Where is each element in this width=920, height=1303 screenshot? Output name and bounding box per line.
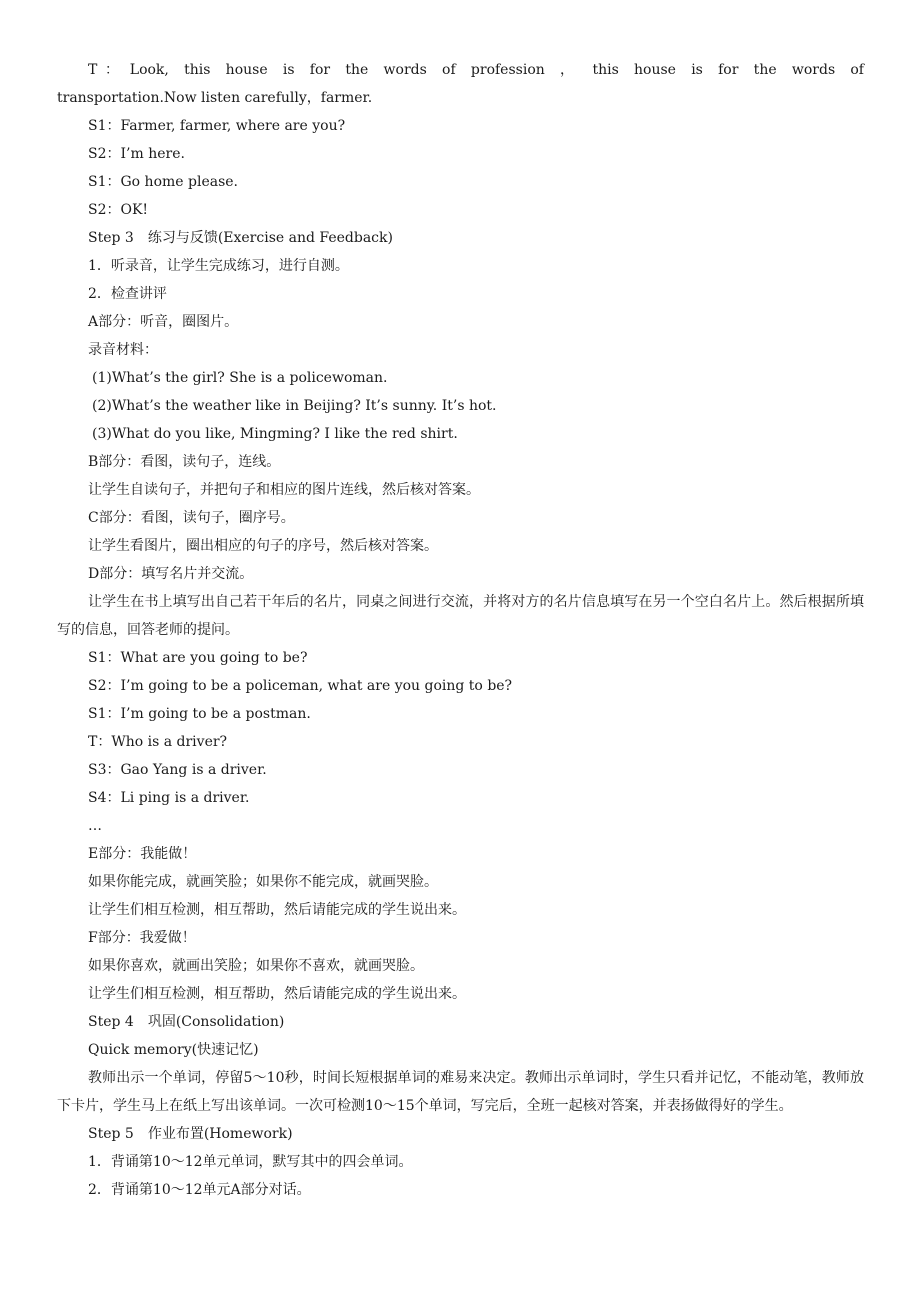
- dialogue-line: T：Who is a driver?: [57, 728, 864, 756]
- instruction-text: 如果你能完成，就画笑脸；如果你不能完成，就画哭脸。: [57, 868, 864, 896]
- instruction-text: 教师出示一个单词，停留5～10秒，时间长短根据单词的难易来决定。教师出示单词时，…: [57, 1064, 864, 1120]
- list-item: 1．背诵第10～12单元单词，默写其中的四会单词。: [57, 1148, 864, 1176]
- recording-material-label: 录音材料：: [57, 336, 864, 364]
- section-a-heading: A部分：听音，圈图片。: [57, 308, 864, 336]
- recording-item: (3)What do you like, Mingming? I like th…: [57, 420, 864, 448]
- quick-memory-label: Quick memory(快速记忆): [57, 1036, 864, 1064]
- dialogue-line: S3：Gao Yang is a driver.: [57, 756, 864, 784]
- instruction-text: 让学生看图片，圈出相应的句子的序号，然后核对答案。: [57, 532, 864, 560]
- section-e-heading: E部分：我能做！: [57, 840, 864, 868]
- section-c-heading: C部分：看图，读句子，圈序号。: [57, 504, 864, 532]
- instruction-text: 让学生们相互检测，相互帮助，然后请能完成的学生说出来。: [57, 980, 864, 1008]
- list-item: 2．检查讲评: [57, 280, 864, 308]
- instruction-text: 让学生在书上填写出自己若干年后的名片，同桌之间进行交流，并将对方的名片信息填写在…: [57, 588, 864, 644]
- recording-item: (2)What’s the weather like in Beijing? I…: [57, 392, 864, 420]
- dialogue-line: S1：Farmer, farmer, where are you?: [57, 112, 864, 140]
- recording-item: (1)What’s the girl? She is a policewoman…: [57, 364, 864, 392]
- dialogue-line: S2：I’m here.: [57, 140, 864, 168]
- list-item: 2．背诵第10～12单元A部分对话。: [57, 1176, 864, 1204]
- dialogue-line: S1：What are you going to be?: [57, 644, 864, 672]
- dialogue-line: S2：I’m going to be a policeman, what are…: [57, 672, 864, 700]
- list-item: 1．听录音，让学生完成练习，进行自测。: [57, 252, 864, 280]
- dialogue-line: S4：Li ping is a driver.: [57, 784, 864, 812]
- dialogue-line: S1：Go home please.: [57, 168, 864, 196]
- instruction-text: 让学生自读句子，并把句子和相应的图片连线，然后核对答案。: [57, 476, 864, 504]
- document-page: T ： Look, this house is for the words of…: [57, 56, 864, 1204]
- dialogue-line: S2：OK!: [57, 196, 864, 224]
- instruction-text: 如果你喜欢，就画出笑脸；如果你不喜欢，就画哭脸。: [57, 952, 864, 980]
- section-b-heading: B部分：看图，读句子，连线。: [57, 448, 864, 476]
- section-f-heading: F部分：我爱做！: [57, 924, 864, 952]
- teacher-intro-line: T ： Look, this house is for the words of…: [57, 56, 864, 112]
- dialogue-line: S1：I’m going to be a postman.: [57, 700, 864, 728]
- ellipsis: …: [57, 812, 864, 840]
- instruction-text: 让学生们相互检测，相互帮助，然后请能完成的学生说出来。: [57, 896, 864, 924]
- step-5-heading: Step 5 作业布置(Homework): [57, 1120, 864, 1148]
- step-4-heading: Step 4 巩固(Consolidation): [57, 1008, 864, 1036]
- section-d-heading: D部分：填写名片并交流。: [57, 560, 864, 588]
- step-3-heading: Step 3 练习与反馈(Exercise and Feedback): [57, 224, 864, 252]
